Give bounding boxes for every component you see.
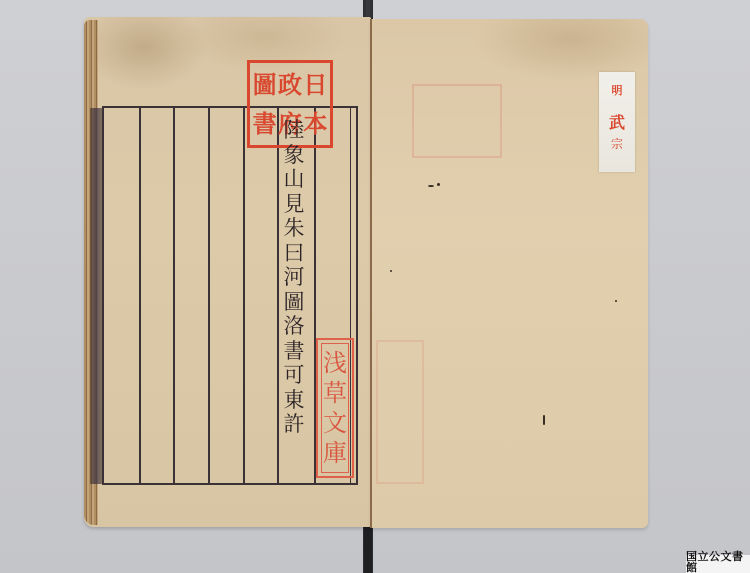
- column-rule: [208, 106, 210, 483]
- asakusa-bunko-stamp: 浅 草 文 庫: [316, 338, 354, 478]
- handwritten-title: 陸 象 山 見 朱 曰 河 圖 洛 書 可 東 許: [279, 118, 309, 437]
- title-char: 朱: [284, 216, 305, 241]
- title-char: 見: [284, 192, 305, 217]
- label-slip: 明 武 宗: [599, 72, 635, 172]
- title-char: 山: [284, 167, 305, 192]
- page-fold: [370, 19, 372, 528]
- title-char: 許: [284, 412, 305, 437]
- title-char: 陸: [284, 118, 305, 143]
- title-char: 書: [284, 339, 305, 364]
- stamp-char: 文: [323, 411, 347, 435]
- slip-text: 明: [612, 82, 623, 98]
- column-rule: [139, 106, 141, 483]
- seal-char: 日: [303, 65, 328, 104]
- slip-text: 宗: [611, 135, 623, 152]
- faded-seal-bleed: [412, 84, 502, 158]
- seal-char: 政: [277, 65, 302, 104]
- faded-library-stamp-bleed: [376, 340, 424, 484]
- ribbon-marker: [364, 525, 372, 573]
- title-char: 象: [284, 143, 305, 168]
- stamp-char: 草: [323, 381, 347, 405]
- title-char: 東: [284, 388, 305, 413]
- seal-char: 圖: [252, 65, 277, 104]
- seal-char: 書: [252, 104, 277, 143]
- stamp-char: 浅: [323, 351, 347, 375]
- title-char: 可: [284, 363, 305, 388]
- column-rule: [243, 106, 245, 483]
- national-archives-logo: 国立公文書館 National Archives of Japan: [686, 555, 750, 573]
- stamp-char: 庫: [323, 441, 347, 465]
- slip-text: 武: [609, 110, 625, 133]
- title-char: 洛: [284, 314, 305, 339]
- title-char: 河: [284, 265, 305, 290]
- title-char: 圖: [284, 290, 305, 315]
- title-char: 曰: [284, 241, 305, 266]
- logo-japanese: 国立公文書館: [686, 551, 750, 573]
- column-rule: [173, 106, 175, 483]
